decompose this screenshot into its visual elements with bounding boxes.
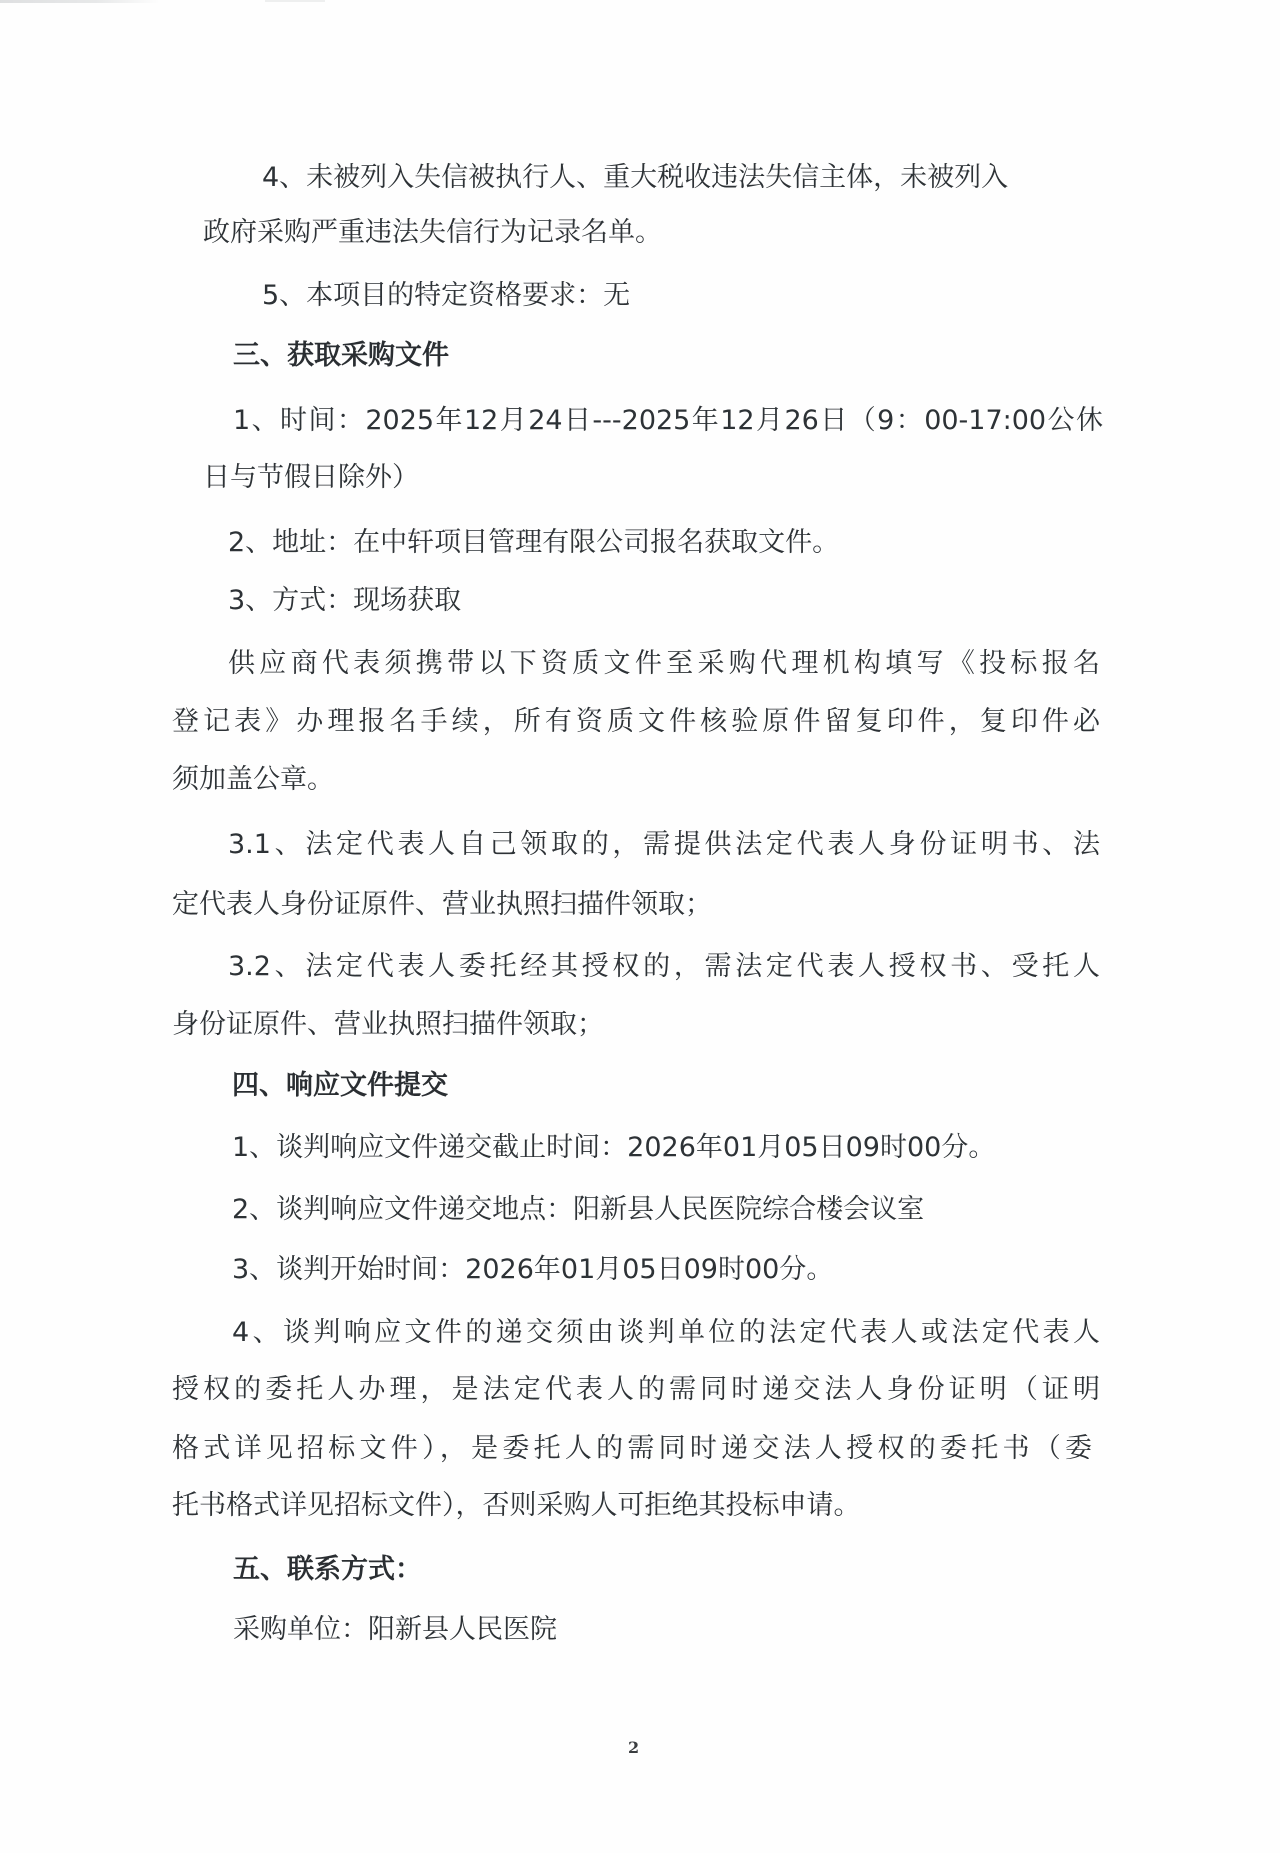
qualification-item-4-line-2: 政府采购严重违法失信行为记录名单。 <box>203 215 662 251</box>
page-number: 2 <box>628 1738 639 1758</box>
submission-rule-line-4: 托书格式详见招标文件），否则采购人可拒绝其投标申请。 <box>172 1488 861 1524</box>
supplier-instructions-line-1: 供应商代表须携带以下资质文件至采购代理机构填写《投标报名 <box>228 646 1100 682</box>
submission-rule-line-3: 格式详见招标文件），是委托人的需同时递交法人授权的委托书（委 <box>172 1431 1092 1467</box>
obtain-3-1-line-1: 3.1、法定代表人自己领取的，需提供法定代表人身份证明书、法 <box>228 827 1100 863</box>
cropped-previous-line-fragment <box>265 0 325 2</box>
obtain-3-1-line-2: 定代表人身份证原件、营业执照扫描件领取； <box>172 887 712 923</box>
submission-rule-line-2: 授权的委托人办理，是法定代表人的需同时递交法人身份证明（证明 <box>172 1372 1100 1408</box>
submission-deadline: 1、谈判响应文件递交截止时间：2026年01月05日09时00分。 <box>232 1130 995 1166</box>
obtain-method: 3、方式：现场获取 <box>228 583 461 619</box>
submission-location: 2、谈判响应文件递交地点：阳新县人民医院综合楼会议室 <box>232 1192 924 1228</box>
cropped-previous-line <box>0 0 160 3</box>
contact-purchaser: 采购单位：阳新县人民医院 <box>233 1612 557 1648</box>
qualification-item-5: 5、本项目的特定资格要求：无 <box>262 278 630 314</box>
section-4-heading: 四、响应文件提交 <box>232 1068 448 1104</box>
obtain-time-line-1: 1、时间：2025年12月24日---2025年12月26日（9：00-17:0… <box>233 403 1103 439</box>
qualification-item-4-line-1: 4、未被列入失信被执行人、重大税收违法失信主体，未被列入 <box>262 160 1008 196</box>
submission-rule-line-1: 4、谈判响应文件的递交须由谈判单位的法定代表人或法定代表人 <box>232 1315 1100 1351</box>
obtain-3-2-line-2: 身份证原件、营业执照扫描件领取； <box>172 1007 604 1043</box>
document-page: 4、未被列入失信被执行人、重大税收违法失信主体，未被列入 政府采购严重违法失信行… <box>0 0 1280 1853</box>
section-5-heading: 五、联系方式： <box>233 1552 422 1588</box>
obtain-time-line-2: 日与节假日除外） <box>203 460 419 496</box>
supplier-instructions-line-2: 登记表》办理报名手续，所有资质文件核验原件留复印件，复印件必 <box>172 704 1100 740</box>
negotiation-start-time: 3、谈判开始时间：2026年01月05日09时00分。 <box>232 1252 833 1288</box>
obtain-address: 2、地址：在中轩项目管理有限公司报名获取文件。 <box>228 525 839 561</box>
obtain-3-2-line-1: 3.2、法定代表人委托经其授权的，需法定代表人授权书、受托人 <box>228 949 1100 985</box>
section-3-heading: 三、获取采购文件 <box>233 338 449 374</box>
supplier-instructions-line-3: 须加盖公章。 <box>172 762 334 798</box>
